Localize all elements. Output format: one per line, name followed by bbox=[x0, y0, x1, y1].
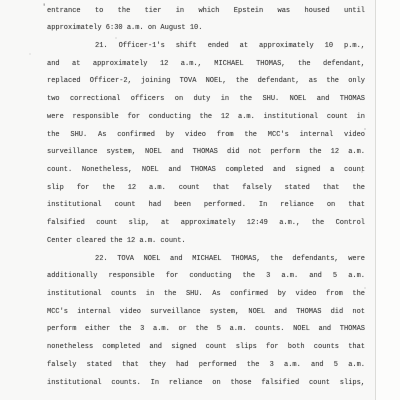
text-line: Center cleared the 12 a.m. count. bbox=[47, 233, 365, 251]
text-line: count. Nonetheless, NOEL and THOMAS comp… bbox=[47, 162, 365, 180]
text-line: falsified count slip, at approximately 1… bbox=[47, 215, 365, 233]
text-line: 22. TOVA NOEL and MICHAEL THOMAS, the de… bbox=[47, 251, 365, 269]
text-line: institutional counts in the SHU. As conf… bbox=[47, 286, 365, 304]
text-line: the SHU. As confirmed by video from the … bbox=[47, 127, 365, 145]
document-page: ' entrance to the tier in which Epstein … bbox=[0, 0, 400, 400]
text-line: nonetheless completed and signed count s… bbox=[47, 339, 365, 357]
stray-apostrophe-mark: ' bbox=[42, 4, 46, 12]
text-line: surveillance system, NOEL and THOMAS did… bbox=[47, 144, 365, 162]
page-edge-line bbox=[375, 0, 376, 400]
off-page-area bbox=[376, 0, 400, 400]
text-line: institutional count had been performed. … bbox=[47, 197, 365, 215]
document-text: entrance to the tier in which Epstein wa… bbox=[47, 3, 365, 393]
text-line: MCC's internal video surveillance system… bbox=[47, 304, 365, 322]
text-line: perform either the 3 a.m. or the 5 a.m. … bbox=[47, 321, 365, 339]
text-line: approximately 6:30 a.m. on August 10. bbox=[47, 20, 365, 38]
text-line: were responsible for conducting the 12 a… bbox=[47, 109, 365, 127]
text-line: and at approximately 12 a.m., MICHAEL TH… bbox=[47, 56, 365, 74]
text-line: institutional counts. In reliance on tho… bbox=[47, 375, 365, 393]
text-line: slip for the 12 a.m. count that falsely … bbox=[47, 180, 365, 198]
text-line: 21. Officer-1's shift ended at approxima… bbox=[47, 38, 365, 56]
text-line: replaced Officer-2, joining TOVA NOEL, t… bbox=[47, 73, 365, 91]
text-line: entrance to the tier in which Epstein wa… bbox=[47, 3, 365, 21]
text-line: falsely stated that they had performed t… bbox=[47, 357, 365, 375]
text-line: additionally responsible for conducting … bbox=[47, 268, 365, 286]
text-line: two correctional officers on duty in the… bbox=[47, 91, 365, 109]
